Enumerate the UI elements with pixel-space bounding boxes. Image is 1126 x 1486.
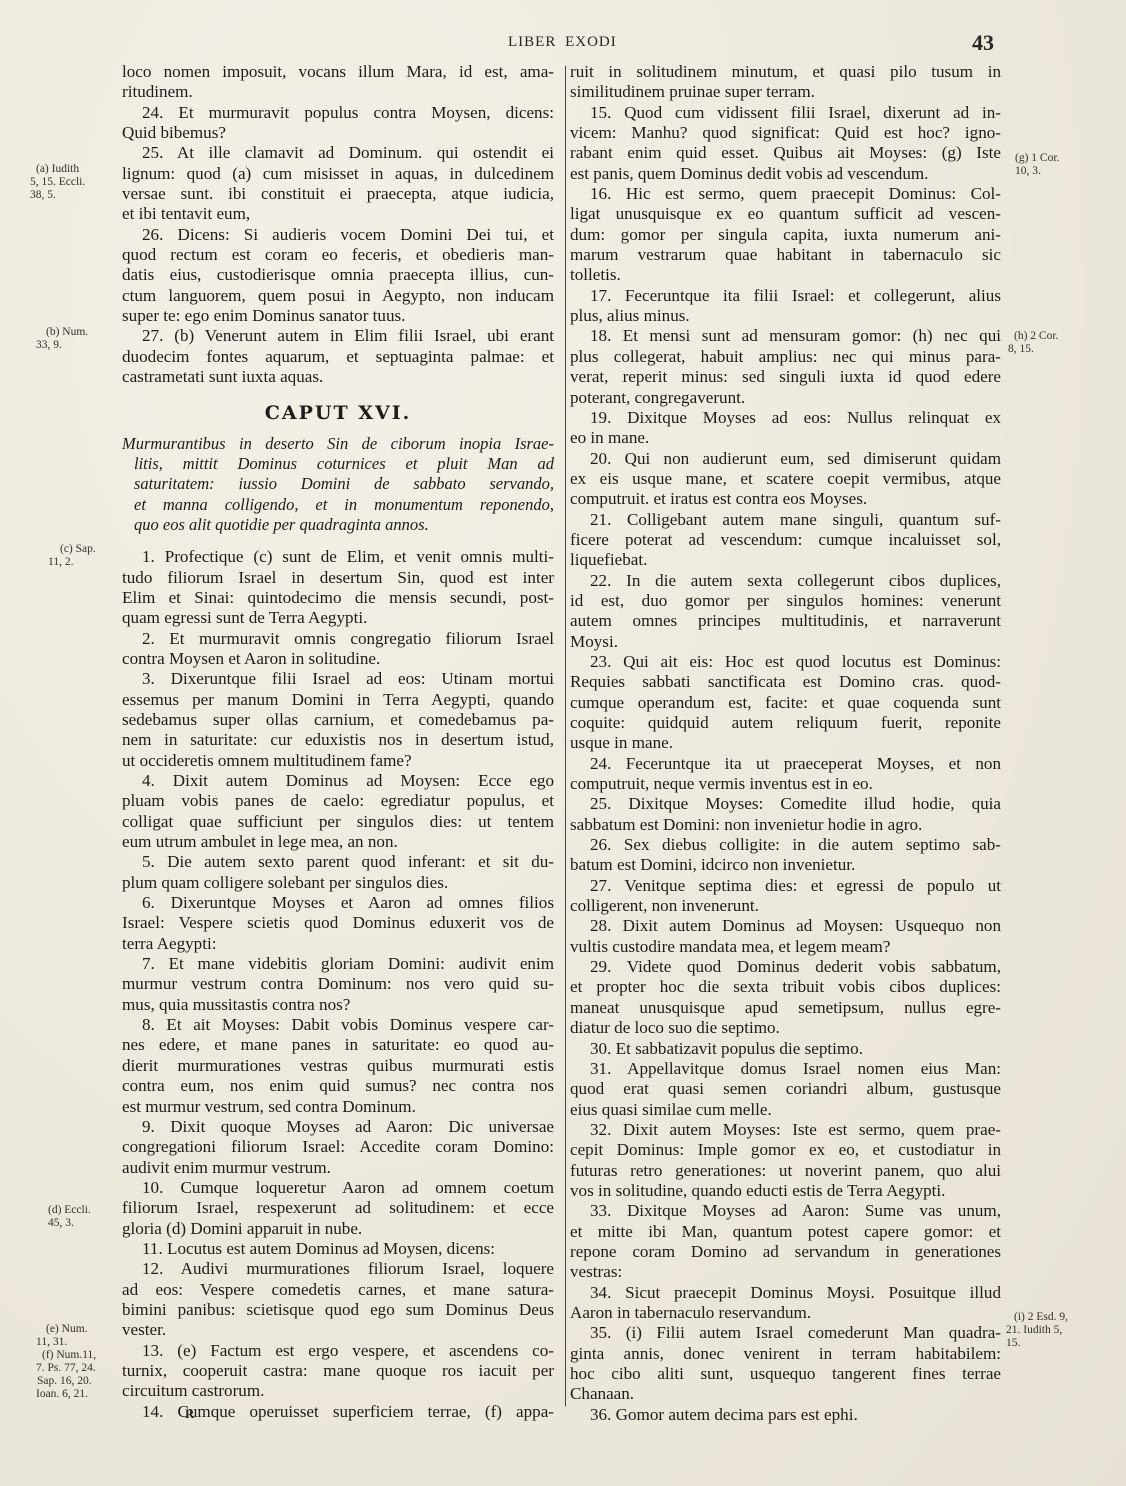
text-line: et mitte ibi Man, quantum potest capere … <box>570 1222 1001 1242</box>
margin-note-b: (b) Num. 33, 9. <box>36 326 88 352</box>
left-column-text-top: loco nomen imposuit, vocans illum Mara, … <box>122 62 554 388</box>
text-line: ginta annis, donec venirent in terram ha… <box>570 1344 1001 1364</box>
text-line: quod erat quasi semen coriandri album, g… <box>570 1079 1001 1099</box>
text-line: et ibi tentavit eum, <box>122 204 554 224</box>
text-line: 20. Qui non audierunt eum, sed dimiserun… <box>570 449 1001 469</box>
text-line: marum vestrarum quae habitant in taberna… <box>570 245 1001 265</box>
chapter-heading: CAPUT XVI. <box>122 396 554 430</box>
text-line: 4. Dixit autem Dominus ad Moysen: Ecce e… <box>122 771 554 791</box>
text-line: 8. Et ait Moyses: Dabit vobis Dominus ve… <box>122 1015 554 1035</box>
text-line: gloria (d) Domini apparuit in nube. <box>122 1219 554 1239</box>
text-line: turnix, cooperuit castra: mane quoque ro… <box>122 1361 554 1381</box>
text-line: 30. Et sabbatizavit populus die septimo. <box>570 1039 1001 1059</box>
text-line: versae sunt. ibi constituit ei praecepta… <box>122 184 554 204</box>
text-line: dum: gomor per singula capita, iuxta num… <box>570 225 1001 245</box>
text-line: est panis, quem Dominus dedit vobis ad v… <box>570 164 1001 184</box>
text-line: contra eum, nos enim quid sumus? nec con… <box>122 1076 554 1096</box>
margin-note-a: (a) Iudith 5, 15. Eccli. 38, 5. <box>30 163 85 202</box>
book-page: LIBER EXODI 43 loco nomen imposuit, voca… <box>0 0 1126 1486</box>
text-line: coquite: quidquid autem reliquum fuerit,… <box>570 713 1001 733</box>
text-line: sabbatum est Domini: non invenietur hodi… <box>570 815 1001 835</box>
text-line: quam egressi sunt de Terra Aegypti. <box>122 608 554 628</box>
text-line: computruit. et iratus est contra eos Moy… <box>570 489 1001 509</box>
text-line: Quid bibemus? <box>122 123 554 143</box>
text-line: et propter hoc die sexta tribuit vobis c… <box>570 977 1001 997</box>
text-line: vos in solitudine, quando educti estis d… <box>570 1181 1001 1201</box>
margin-note-h: (h) 2 Cor. 8, 15. <box>1008 330 1058 356</box>
text-line: 10. Cumque loqueretur Aaron ad omnem coe… <box>122 1178 554 1198</box>
text-line: castrametati sunt iuxta aquas. <box>122 367 554 387</box>
text-line: nem in saturitate: cur eduxistis nos in … <box>122 730 554 750</box>
text-line: dierit murmurationes vestras quibus murm… <box>122 1056 554 1076</box>
text-line: 28. Dixit autem Dominus ad Moysen: Usque… <box>570 916 1001 936</box>
text-line: 24. Feceruntque ita ut praeceperat Moyse… <box>570 754 1001 774</box>
margin-note-g: (g) 1 Cor. 10, 3. <box>1015 152 1059 178</box>
text-line: Murmurantibus in deserto Sin de ciborum … <box>122 434 554 454</box>
text-line: 35. (i) Filii autem Israel comederunt Ma… <box>570 1323 1001 1343</box>
text-line: 24. Et murmuravit populus contra Moysen,… <box>122 103 554 123</box>
right-column-text: ruit in solitudinem minutum, et quasi pi… <box>570 62 1001 1425</box>
text-line: computruit, neque vermis inventus est in… <box>570 774 1001 794</box>
text-line: id est, duo gomor per singulos homines: … <box>570 591 1001 611</box>
margin-note-c: (c) Sap. 11, 2. <box>48 543 96 569</box>
text-line: 27. Venitque septima dies: et egressi de… <box>570 876 1001 896</box>
text-line: 25. Dixitque Moyses: Comedite illud hodi… <box>570 794 1001 814</box>
text-line: 25. At ille clamavit ad Dominum. qui ost… <box>122 143 554 163</box>
text-line: Aaron in tabernaculo reservandum. <box>570 1303 1001 1323</box>
text-line: super te: ego enim Dominus sanator tuus. <box>122 306 554 326</box>
text-line: tolletis. <box>570 265 1001 285</box>
text-line: rabant enim quid esset. Quibus ait Moyse… <box>570 143 1001 163</box>
text-line: ut occideretis omnem multitudinem fame? <box>122 751 554 771</box>
text-line: cepit Dominus: Imple gomor ex eo, et cus… <box>570 1140 1001 1160</box>
text-line: 5. Die autem sexto parent quod inferant:… <box>122 852 554 872</box>
text-line: colligerent, non invenerunt. <box>570 896 1001 916</box>
text-line: circuitum castrorum. <box>122 1381 554 1401</box>
text-line: similitudinem pruinae super terram. <box>570 82 1001 102</box>
text-line: congregationi filiorum Israel: Accedite … <box>122 1137 554 1157</box>
text-line: 19. Dixitque Moyses ad eos: Nullus relin… <box>570 408 1001 428</box>
text-line: colligat quae sufficiunt per singulos di… <box>122 812 554 832</box>
text-line: 15. Quod cum vidissent filii Israel, dix… <box>570 103 1001 123</box>
text-line: quod rectum est coram eo feceris, et obe… <box>122 245 554 265</box>
text-line: 17. Feceruntque ita filii Israel: et col… <box>570 286 1001 306</box>
text-line: 13. (e) Factum est ergo vespere, et asce… <box>122 1341 554 1361</box>
text-line: cumque operandum est, facite: et quae co… <box>570 693 1001 713</box>
text-line: 9. Dixit quoque Moyses ad Aaron: Dic uni… <box>122 1117 554 1137</box>
text-line: verat, reperit minus: sed singuli iuxta … <box>570 367 1001 387</box>
text-line: 7. Et mane videbitis gloriam Domini: aud… <box>122 954 554 974</box>
text-line: ritudinem. <box>122 82 554 102</box>
text-line: 34. Sicut praecepit Dominus Moysi. Posui… <box>570 1283 1001 1303</box>
text-line: 2. Et murmuravit omnis congregatio filio… <box>122 629 554 649</box>
column-divider <box>565 66 566 1406</box>
text-line: autem omnes principes multitudinis, et n… <box>570 611 1001 631</box>
text-line: contra Moysen et Aaron in solitudine. <box>122 649 554 669</box>
text-line: ad eos: Vespere comedetis carnes, et man… <box>122 1280 554 1300</box>
text-line: plum quam colligere solebant per singulo… <box>122 873 554 893</box>
text-line: repone coram Domino ad servandum in gene… <box>570 1242 1001 1262</box>
left-column: loco nomen imposuit, vocans illum Mara, … <box>122 62 554 1422</box>
text-line: eum utrum ambulet in lege mea, an non. <box>122 832 554 852</box>
text-line: vicem: Manhu? quod significat: Quid est … <box>570 123 1001 143</box>
text-line: filiorum Israel, respexerunt ad solitudi… <box>122 1198 554 1218</box>
text-line: et manna colligendo, et in monumentum re… <box>122 495 554 515</box>
text-line: 12. Audivi murmurationes filiorum Israel… <box>122 1259 554 1279</box>
text-line: maneat unusquisque apud semetipsum, null… <box>570 998 1001 1018</box>
text-line: litis, mittit Dominus coturnices et plui… <box>122 454 554 474</box>
text-line: vultis custodire mandata mea, et legem m… <box>570 937 1001 957</box>
text-line: vester. <box>122 1320 554 1340</box>
text-line: poterant, congregaverunt. <box>570 388 1001 408</box>
text-line: ficere poterat ad vescendum: cumque inca… <box>570 530 1001 550</box>
text-line: ctum languorem, quem posui in Aegypto, n… <box>122 286 554 306</box>
margin-note-d: (d) Eccli. 45, 3. <box>48 1204 91 1230</box>
text-line: eius quasi similae cum melle. <box>570 1100 1001 1120</box>
text-line: datis eius, custodierisque omnia praecep… <box>122 265 554 285</box>
right-column: ruit in solitudinem minutum, et quasi pi… <box>570 62 1001 1425</box>
text-line: usque in mane. <box>570 733 1001 753</box>
signature-mark: R <box>185 1406 194 1422</box>
text-line: 16. Hic est sermo, quem praecepit Dominu… <box>570 184 1001 204</box>
chapter-summary: Murmurantibus in deserto Sin de ciborum … <box>122 434 554 536</box>
text-line: quo eos alit quotidie per quadraginta an… <box>122 515 554 535</box>
text-line: bimini panibus: scietisque quod ego sum … <box>122 1300 554 1320</box>
text-line: Israel: Vespere scietis quod Dominus edu… <box>122 913 554 933</box>
text-line: Requies sabbati sanctificata est Domino … <box>570 672 1001 692</box>
text-line: vestras: <box>570 1262 1001 1282</box>
text-line: 21. Colligebant autem mane singuli, quan… <box>570 510 1001 530</box>
text-line: ligat unusquisque ex eo quantum sufficit… <box>570 204 1001 224</box>
text-line: Moysi. <box>570 632 1001 652</box>
margin-note-f: (f) Num.11, 7. Ps. 77, 24. Sap. 16, 20. … <box>36 1349 96 1401</box>
text-line: 6. Dixeruntque Moyses et Aaron ad omnes … <box>122 893 554 913</box>
text-line: diatur de loco suo die septimo. <box>570 1018 1001 1038</box>
text-line: 22. In die autem sexta collegerunt cibos… <box>570 571 1001 591</box>
text-line: 36. Gomor autem decima pars est ephi. <box>570 1405 1001 1425</box>
text-line: Elim et Sinai: quintodecimo die mensis s… <box>122 588 554 608</box>
text-line: saturitatem: iussio Domini de sabbato se… <box>122 474 554 494</box>
text-line: 33. Dixitque Moyses ad Aaron: Sume vas u… <box>570 1201 1001 1221</box>
margin-note-i: (i) 2 Esd. 9, 21. Iudith 5, 15. <box>1006 1311 1068 1350</box>
text-line: pluam vobis panes de caelo: egrediatur p… <box>122 791 554 811</box>
text-line: 23. Qui ait eis: Hoc est quod locutus es… <box>570 652 1001 672</box>
text-line: 32. Dixit autem Moyses: Iste est sermo, … <box>570 1120 1001 1140</box>
text-line: sedebamus super ollas carnium, et comede… <box>122 710 554 730</box>
running-title: LIBER EXODI <box>508 34 617 51</box>
text-line: hoc cibo aliti sunt, usquequo tangerent … <box>570 1364 1001 1384</box>
text-line: loco nomen imposuit, vocans illum Mara, … <box>122 62 554 82</box>
text-line: ex eis usque mane, et scatere coepit ver… <box>570 469 1001 489</box>
text-line: 26. Sex diebus colligite: in die autem s… <box>570 835 1001 855</box>
text-line: 31. Appellavitque domus Israel nomen eiu… <box>570 1059 1001 1079</box>
text-line: 26. Dicens: Si audieris vocem Domini Dei… <box>122 225 554 245</box>
text-line: lignum: quod (a) cum misisset in aquas, … <box>122 164 554 184</box>
text-line: Chanaan. <box>570 1384 1001 1404</box>
text-line: tudo filiorum Israel in desertum Sin, qu… <box>122 568 554 588</box>
text-line: audivit enim murmur vestrum. <box>122 1158 554 1178</box>
text-line: essemus per manum Domini in Terra Aegypt… <box>122 690 554 710</box>
text-line: mus, quia mussitastis contra nos? <box>122 995 554 1015</box>
text-line: plus collegerat, habuit amplius: nec qui… <box>570 347 1001 367</box>
text-line: 29. Videte quod Dominus dederit vobis sa… <box>570 957 1001 977</box>
page-number: 43 <box>972 30 994 56</box>
text-line: 11. Locutus est autem Dominus ad Moysen,… <box>122 1239 554 1259</box>
margin-note-e: (e) Num. 11, 31. <box>36 1323 88 1349</box>
text-line: eo in mane. <box>570 428 1001 448</box>
text-line: nes edere, et mane panes in saturitate: … <box>122 1035 554 1055</box>
text-line: ruit in solitudinem minutum, et quasi pi… <box>570 62 1001 82</box>
left-column-text-bottom: 1. Profectique (c) sunt de Elim, et veni… <box>122 547 554 1422</box>
text-line: 1. Profectique (c) sunt de Elim, et veni… <box>122 547 554 567</box>
text-line: plus, alius minus. <box>570 306 1001 326</box>
text-line: murmur vestrum contra Dominum: nos vero … <box>122 974 554 994</box>
text-line: terra Aegypti: <box>122 934 554 954</box>
text-line: 18. Et mensi sunt ad mensuram gomor: (h)… <box>570 326 1001 346</box>
text-line: duodecim fontes aquarum, et septuaginta … <box>122 347 554 367</box>
text-line: futuras retro generationes: ut noverint … <box>570 1161 1001 1181</box>
text-line: 27. (b) Venerunt autem in Elim filii Isr… <box>122 326 554 346</box>
text-line: batum est Domini, idcirco non invenietur… <box>570 855 1001 875</box>
text-line: est murmur vestrum, sed contra Dominum. <box>122 1097 554 1117</box>
text-line: liquefiebat. <box>570 550 1001 570</box>
running-head: LIBER EXODI 43 <box>0 34 1126 56</box>
text-line: 3. Dixeruntque filii Israel ad eos: Utin… <box>122 669 554 689</box>
